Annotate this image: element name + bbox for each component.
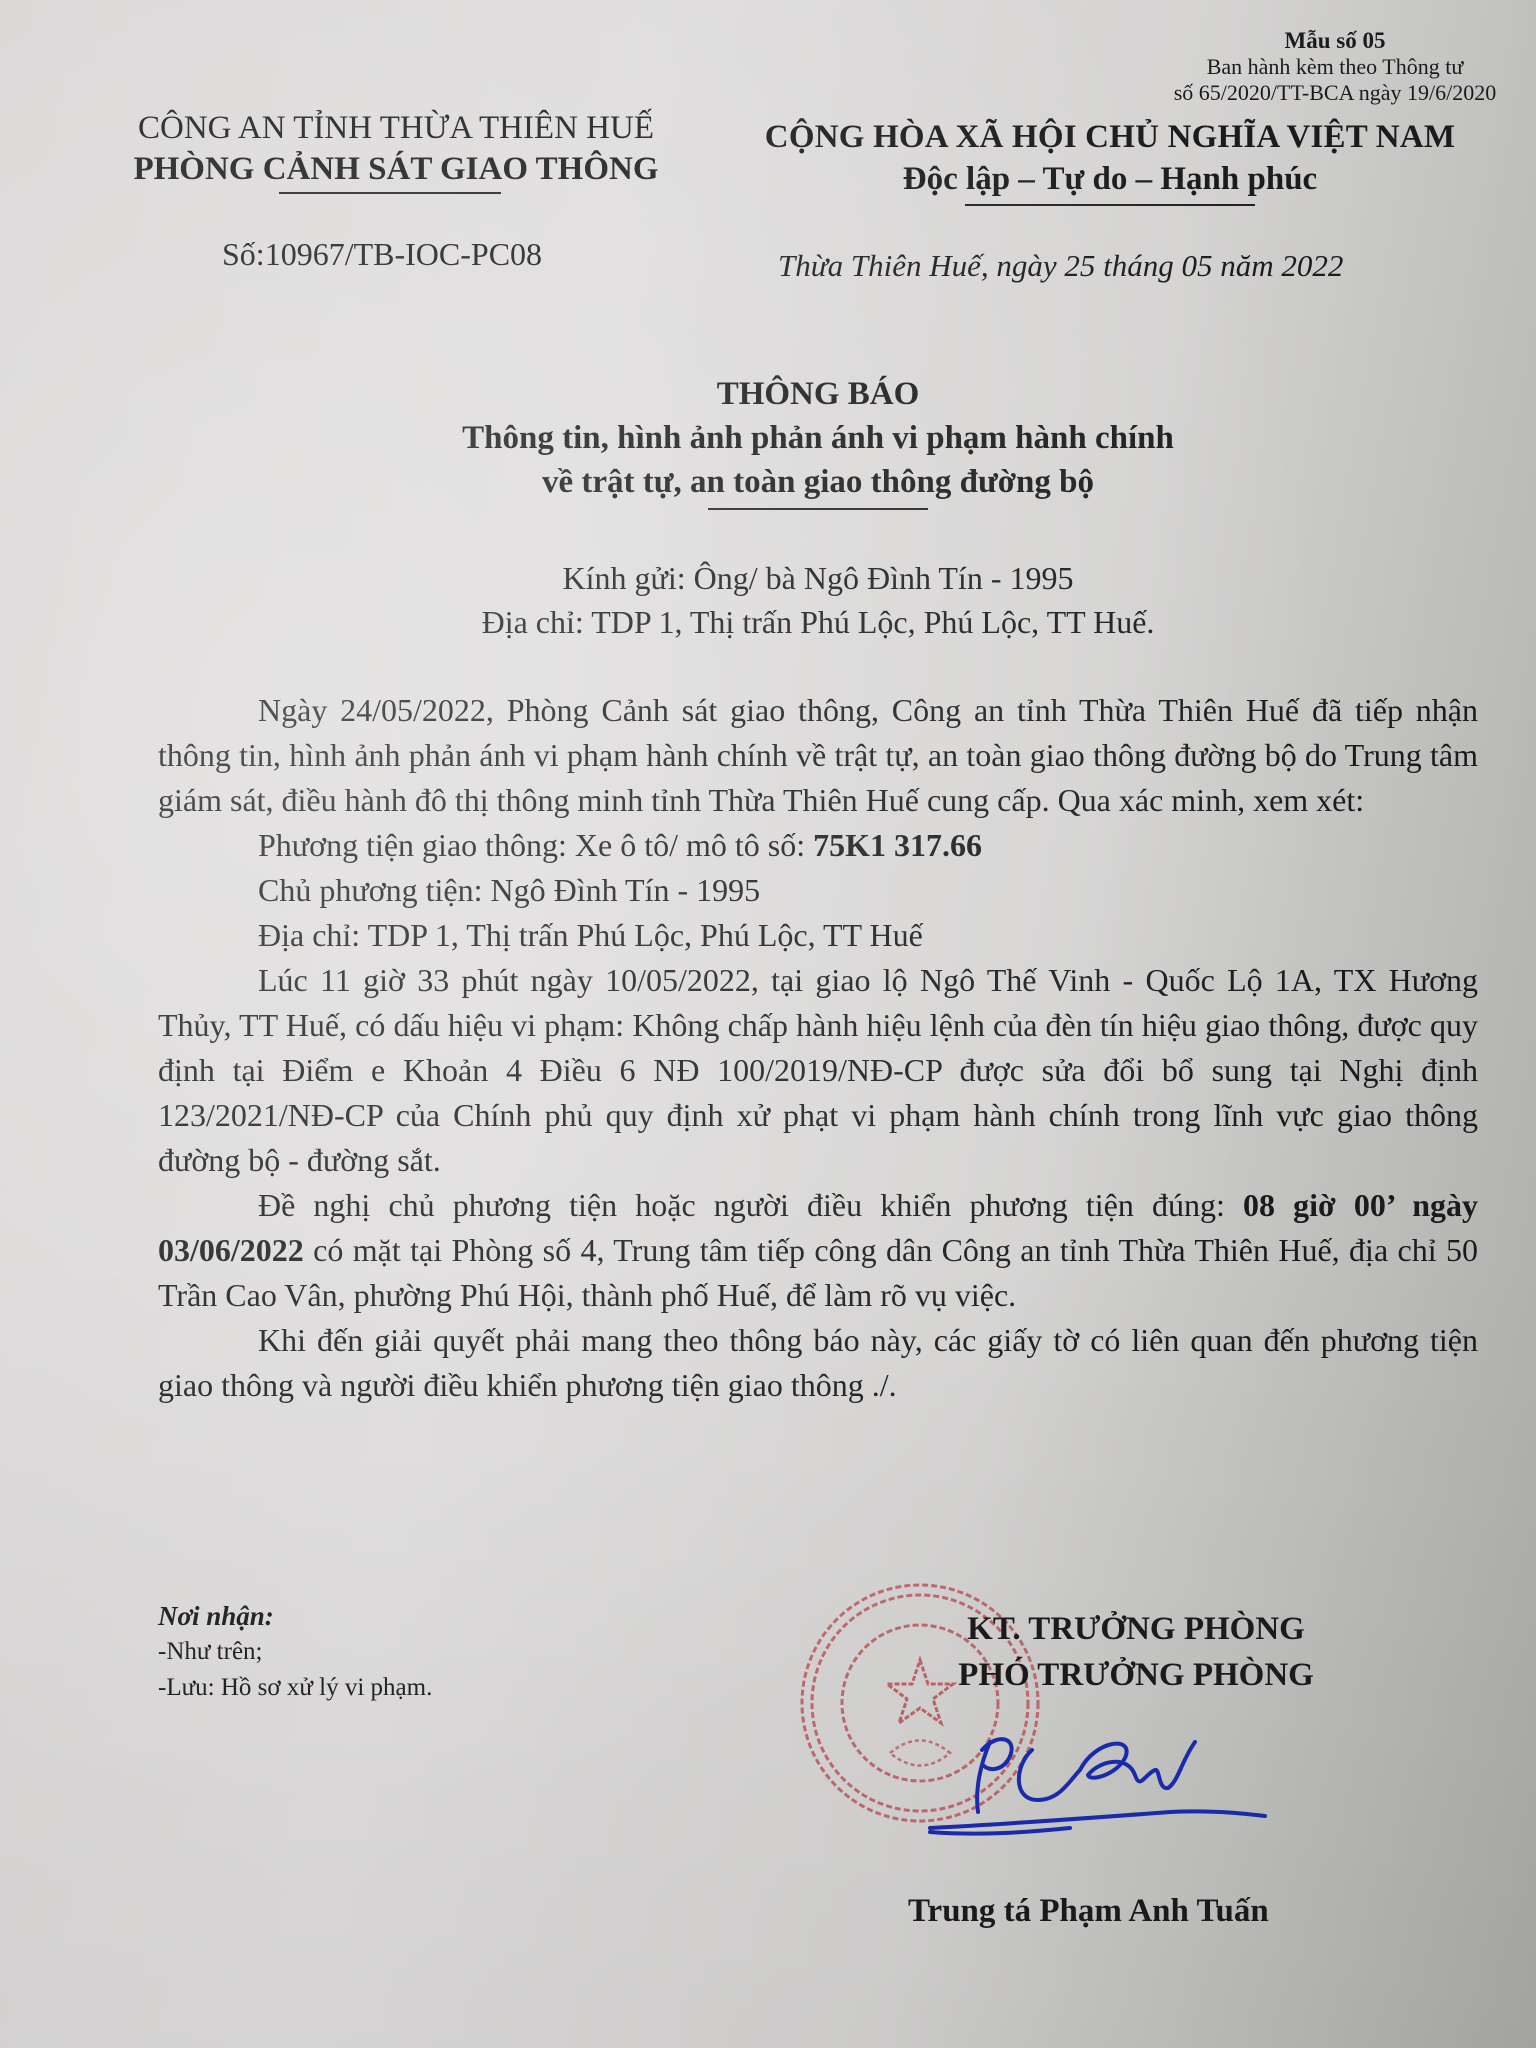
violation-paragraph: Lúc 11 giờ 33 phút ngày 10/05/2022, tại … (158, 958, 1478, 1183)
signer-role-line1: KT. TRƯỞNG PHÒNG (886, 1606, 1386, 1652)
issuing-authority: CÔNG AN TỈNH THỪA THIÊN HUẾ PHÒNG CẢNH S… (96, 108, 696, 194)
country-name: CỘNG HÒA XÃ HỘI CHỦ NGHĨA VIỆT NAM (720, 116, 1500, 158)
signature-block: KT. TRƯỞNG PHÒNG PHÓ TRƯỞNG PHÒNG (886, 1606, 1386, 1698)
summons-location: có mặt tại Phòng số 4, Trung tâm tiếp cô… (158, 1232, 1478, 1313)
distribution-heading: Nơi nhận: (158, 1598, 432, 1634)
closing-paragraph: Khi đến giải quyết phải mang theo thông … (158, 1318, 1478, 1408)
form-reference-line1: Ban hành kèm theo Thông tư (1140, 54, 1530, 80)
notice-heading: THÔNG BÁO (300, 372, 1336, 416)
intro-paragraph: Ngày 24/05/2022, Phòng Cảnh sát giao thô… (158, 688, 1478, 823)
place-date: Thừa Thiên Huế, ngày 25 tháng 05 năm 202… (778, 248, 1343, 284)
document-number: Số:10967/TB-IOC-PC08 (222, 236, 542, 273)
addressee-address: Địa chỉ: TDP 1, Thị trấn Phú Lộc, Phú Lộ… (300, 600, 1336, 644)
vehicle-label: Phương tiện giao thông: Xe ô tô/ mô tô s… (258, 827, 813, 863)
signer-role-line2: PHÓ TRƯỞNG PHÒNG (886, 1652, 1386, 1698)
motto-divider (965, 204, 1255, 206)
signer-name: Trung tá Phạm Anh Tuấn (908, 1893, 1269, 1930)
owner-address-line: Địa chỉ: TDP 1, Thị trấn Phú Lộc, Phú Lộ… (158, 913, 1478, 958)
vehicle-line: Phương tiện giao thông: Xe ô tô/ mô tô s… (158, 823, 1478, 868)
parent-agency: CÔNG AN TỈNH THỪA THIÊN HUẾ (96, 108, 696, 148)
vehicle-plate: 75K1 317.66 (813, 827, 982, 863)
distribution-item: -Như trên; (158, 1634, 432, 1670)
title-divider (708, 508, 928, 510)
department-name: PHÒNG CẢNH SÁT GIAO THÔNG (96, 148, 696, 190)
distribution-list: Nơi nhận: -Như trên; -Lưu: Hồ sơ xử lý v… (158, 1598, 432, 1706)
form-number: Mẫu số 05 (1140, 28, 1530, 54)
notice-title: THÔNG BÁO Thông tin, hình ảnh phản ánh v… (300, 372, 1336, 510)
summons-prefix: Đề nghị chủ phương tiện hoặc người điều … (258, 1187, 1243, 1223)
distribution-item: -Lưu: Hồ sơ xử lý vi phạm. (158, 1670, 432, 1706)
notice-subtitle-1: Thông tin, hình ảnh phản ánh vi phạm hàn… (300, 416, 1336, 460)
owner-line: Chủ phương tiện: Ngô Đình Tín - 1995 (158, 868, 1478, 913)
header-divider (279, 192, 501, 194)
national-motto: Độc lập – Tự do – Hạnh phúc (720, 158, 1500, 200)
summons-paragraph: Đề nghị chủ phương tiện hoặc người điều … (158, 1183, 1478, 1318)
notice-subtitle-2: về trật tự, an toàn giao thông đường bộ (300, 460, 1336, 504)
national-header: CỘNG HÒA XÃ HỘI CHỦ NGHĨA VIỆT NAM Độc l… (720, 116, 1500, 206)
recipient-block: Kính gửi: Ông/ bà Ngô Đình Tín - 1995 Đị… (300, 556, 1336, 644)
handwritten-signature-icon (920, 1720, 1280, 1850)
form-reference-line2: số 65/2020/TT-BCA ngày 19/6/2020 (1140, 80, 1530, 106)
notice-body: Ngày 24/05/2022, Phòng Cảnh sát giao thô… (158, 688, 1478, 1408)
addressee: Kính gửi: Ông/ bà Ngô Đình Tín - 1995 (300, 556, 1336, 600)
form-reference: Mẫu số 05 Ban hành kèm theo Thông tư số … (1140, 28, 1530, 106)
notice-document: Mẫu số 05 Ban hành kèm theo Thông tư số … (0, 0, 1536, 2048)
